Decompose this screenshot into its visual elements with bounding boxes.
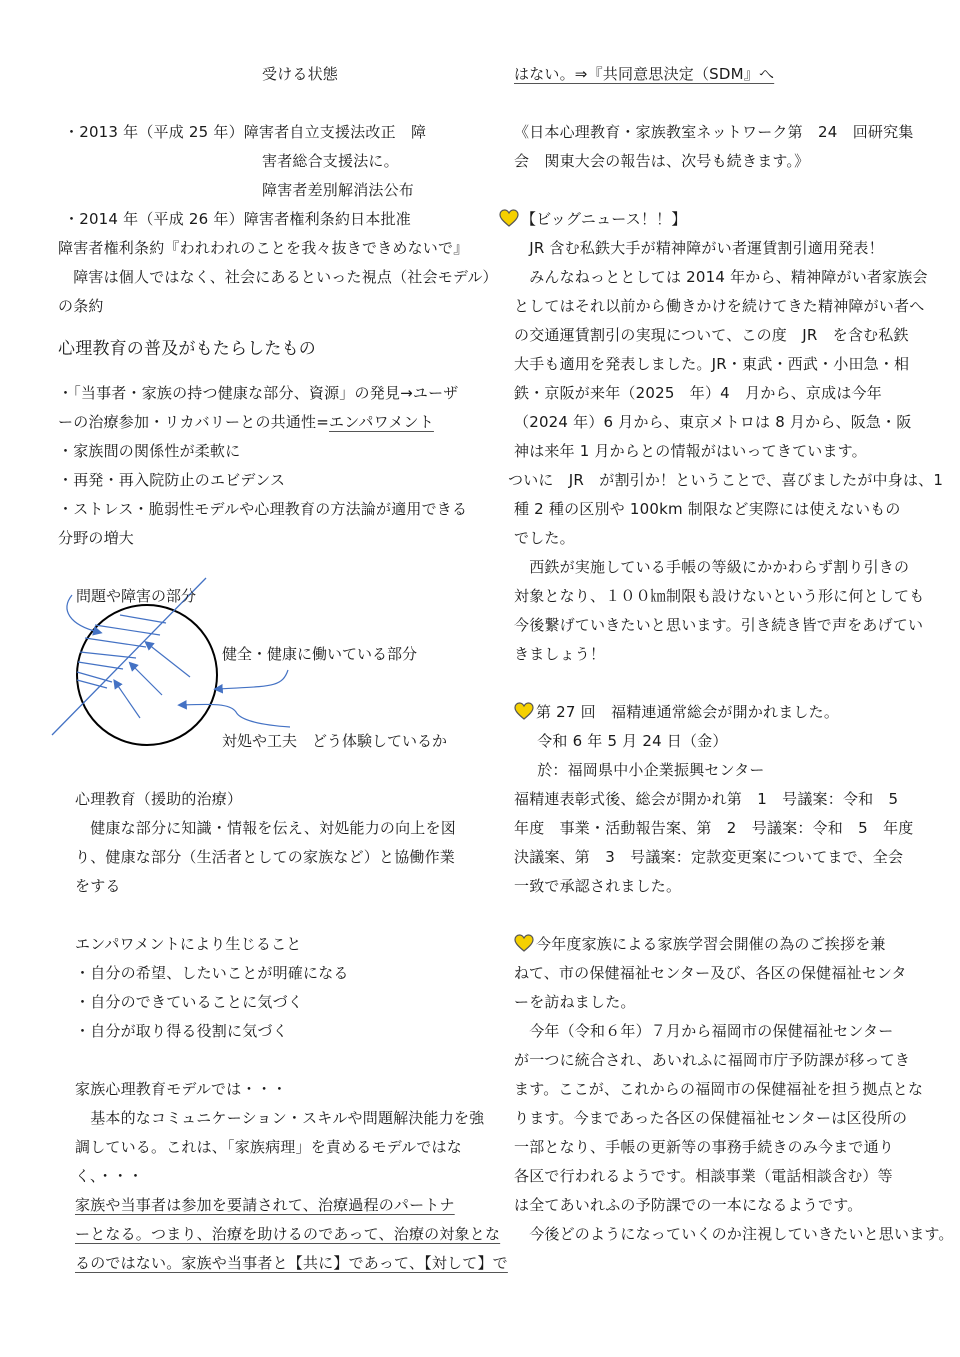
text-line: く、・・・ [75,1166,143,1186]
text-line: 健康な部分に知識・情報を伝え、対処能力の向上を図 [75,818,456,838]
underlined-line: ーとなる。つまり、治療を助けるのであって、治療の対象とな [75,1224,500,1244]
bullet-item: ・再発・再入院防止のエビデンス [58,470,285,490]
text-line: が一つに統合され、あいれふに福岡市庁予防課が移ってき [514,1050,910,1070]
text-line: 障害は個人ではなく、社会にあるといった視点（社会モデル） [58,267,498,287]
text-line: としてはそれ以前から働きかけを続けてきた精神障がい者へ [514,296,924,316]
text-line: 年度 事業・活動報告案、第 2 号議案：令和 5 年度 [514,818,914,838]
text-line: （2024 年）6 月から、東京メトロは 8 月から、阪急・阪 [514,412,912,432]
empowerment-term: エンパワメント [329,413,434,431]
list-item: ・自分のできていることに気づく [75,992,303,1012]
big-news-title: 【ビッグニュース！！】 [499,209,687,229]
list-item: ・自分が取り得る役割に気づく [75,1021,288,1041]
section-heading: 心理教育の普及がもたらしたもの [58,339,316,359]
text-line: ・2013 年（平成 25 年）障害者自立支援法改正 障 [64,122,426,142]
report-note: 《日本心理教育・家族教室ネットワーク第 24 回研究集 [514,122,914,142]
text-line: 西鉄が実施している手帳の等級にかかわらず割り引きの [514,557,909,577]
text-line: の条約 [58,296,104,316]
text-line: 決議案、第 3 号議案：定款変更案についてまで、全会 [514,847,903,867]
diagram-label-problem: 問題や障害の部分 [76,586,196,606]
visit-title: 今年度家族による家族学習会開催の為のご挨拶を兼 [514,934,886,954]
empowerment-title: エンパワメントにより生じること [75,934,302,954]
meeting-date: 令和 6 年 5 月 24 日（金） [522,731,728,751]
bullet-item: 分野の増大 [58,528,134,548]
big-news-heading: 【ビッグニュース！！】 [521,210,687,228]
text-line: 今年（令和６年）７月から福岡市の保健福祉センター [514,1021,893,1041]
text-line: 種 2 種の区別や 100km 制限など実際には使えないもの [514,499,901,519]
text-line: は全てあいれふの予防課での一本になるようです。 [514,1195,862,1215]
text-line: きましょう！ [514,644,605,664]
text-line: みんなねっととしては 2014 年から、精神障がい者家族会 [514,267,928,287]
text-line: ます。ここが、これからの福岡市の保健福祉を担う拠点とな [514,1079,923,1099]
underlined-line: るのではない。家族や当事者と【共に】であって、【対して】で [75,1253,508,1273]
text-line: をする [75,876,121,896]
list-item: ・自分の希望、したいことが明確になる [75,963,349,983]
text-line: 害者総合支援法に。 [262,151,399,171]
psychoeducation-title: 心理教育（援助的治療） [75,789,242,809]
report-note: 会 関東大会の報告は、次号も続きます。》 [514,151,809,171]
text-line: ついに JR が割引か！ということで、喜びましたが中身は、1 [508,470,943,490]
text-line: 基本的なコミュニケーション・スキルや問題解決能力を強 [75,1108,484,1128]
general-meeting-title: 第 27 回 福精連通常総会が開かれました。 [514,702,839,722]
text-line: でした。 [514,528,575,548]
text-line: 鉄・京阪が来年（2025 年）4 月から、京成は今年 [514,383,882,403]
diagram-label-coping: 対処や工夫 どう体験しているか [222,731,447,751]
text-line: 障害者権利条約『われわれのことを我々抜きできめないで』 [58,238,468,258]
text-line: 対象となり、１００㎞制限も設けないという形に何としても [514,586,924,606]
text-line: 障害者差別解消法公布 [262,180,414,200]
text-line: 福精連表彰式後、総会が開かれ第 1 号議案：令和 5 [514,789,898,809]
text-line: ・2014 年（平成 26 年）障害者権利条約日本批准 [64,209,411,229]
text-line: JR 含む私鉄大手が精神障がい者運賃割引適用発表！ [514,238,884,258]
text-line: 調している。これは、「家族病理」を責めるモデルではな [75,1137,462,1157]
bullet-item: ーの治療参加・リカバリーとの共通性=エンパワメント [58,412,434,432]
text-line: 大手も適用を発表しました。JR・東武・西武・小田急・相 [514,354,909,374]
text-line: 一部となり、手帳の更新等の事務手続きのみ今まで通り [514,1137,894,1157]
text-line: ねて、市の保健福祉センター及び、各区の保健福祉センタ [514,963,907,983]
text-line: ります。今まであった各区の保健福祉センターは区役所の [514,1108,907,1128]
text-line: ーを訪ねました。 [514,992,636,1012]
text-line: 各区で行われるようです。相談事業（電話相談含む）等 [514,1166,893,1186]
text-line: の交通運賃割引の実現について、この度 JR を含む私鉄 [514,325,909,345]
diagram-label-healthy: 健全・健康に働いている部分 [222,644,417,664]
bullet-item: ・家族間の関係性が柔軟に [58,441,240,461]
heart-icon [514,702,534,720]
text-line: 今後繋げていきたいと思います。引き続き皆で声をあげてい [514,615,923,635]
general-meeting-heading: 第 27 回 福精連通常総会が開かれました。 [536,703,839,721]
bullet-item: ・「当事者・家族の持つ健康な部分、資源」の発見→ユーザ [58,383,458,403]
text-line: 一致で承認されました。 [514,876,681,896]
text-line: 受ける状態 [262,64,338,84]
continued-line: はない。⇒『共同意思決定（SDM』へ [514,64,774,84]
visit-heading: 今年度家族による家族学習会開催の為のご挨拶を兼 [536,935,886,953]
heart-icon [514,934,534,952]
text-line: り、健康な部分（生活者としての家族など）と協働作業 [75,847,455,867]
heart-icon [499,209,519,227]
meeting-venue: 於：福岡県中小企業振興センター [522,760,765,780]
text-line: 今後どのようになっていくのか注視していきたいと思います。 [514,1224,954,1244]
text-line: 神は来年 1 月からとの情報がはいってきています。 [514,441,867,461]
bullet-text: ーの治療参加・リカバリーとの共通性= [58,413,329,431]
family-model-title: 家族心理教育モデルでは・・・ [75,1079,287,1099]
underlined-line: 家族や当事者は参加を要請されて、治療過程のパートナ [75,1195,455,1215]
bullet-item: ・ストレス・脆弱性モデルや心理教育の方法論が適用できる [58,499,467,519]
